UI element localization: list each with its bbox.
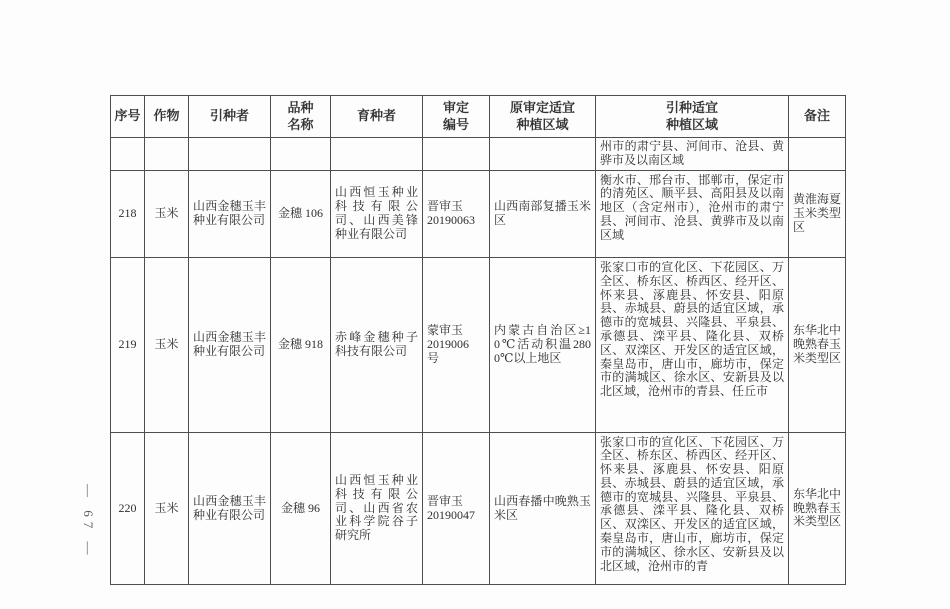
cell-crop: 玉米 — [145, 171, 189, 258]
header-seq: 序号 — [111, 96, 145, 138]
cell-seq — [111, 138, 145, 171]
cell-introduction-area: 张家口市的宣化区、下花园区、万全区、桥东区、桥西区、经开区、怀来县、涿鹿县、怀安… — [596, 258, 789, 433]
header-variety-name: 品种 名称 — [271, 96, 331, 138]
cell-seq: 218 — [111, 171, 145, 258]
cell-seq: 220 — [111, 433, 145, 585]
cell-breeder: 赤峰金穗种子科技有限公司 — [331, 258, 423, 433]
table-row-219: 219 玉米 山西金穗玉丰种业有限公司 金穗 918 赤峰金穗种子科技有限公司 … — [111, 258, 846, 433]
header-remark: 备注 — [789, 96, 846, 138]
introduction-area-text: 衡水市、邢台市、邯郸市，保定市的清苑区、顺平县、高阳县及以南地区（含定州市），沧… — [600, 174, 784, 255]
cell-introduction-area: 张家口市的宣化区、下花园区、万全区、桥东区、桥西区、经开区、怀来县、涿鹿县、怀安… — [596, 433, 789, 585]
table-row-220: 220 玉米 山西金穗玉丰种业有限公司 金穗 96 山西恒玉种业科技有限公司、山… — [111, 433, 846, 585]
cell-approval-no: 蒙审玉 2019006 号 — [423, 258, 490, 433]
table-row-continuation: 州市的肃宁县、河间市、沧县、黄骅市及以南区域 — [111, 138, 846, 171]
cell-remark: 黄淮海夏玉米类型区 — [789, 171, 846, 258]
cell-introduction-area: 州市的肃宁县、河间市、沧县、黄骅市及以南区域 — [596, 138, 789, 171]
header-introduction-area: 引种适宜 种植区域 — [596, 96, 789, 138]
cell-introducer: 山西金穗玉丰种业有限公司 — [189, 258, 271, 433]
page-number: — 67 — — [80, 484, 96, 568]
cell-crop — [145, 138, 189, 171]
cell-remark — [789, 138, 846, 171]
table-header-row: 序号 作物 引种者 品种 名称 育种者 审定 编号 原审定适宜 种植区域 引种适… — [111, 96, 846, 138]
document-page: — 67 — 序号 作物 引种者 品种 名称 育种者 审定 编号 原审定适宜 种… — [0, 0, 950, 609]
cell-original-area — [490, 138, 596, 171]
cell-introducer: 山西金穗玉丰种业有限公司 — [189, 171, 271, 258]
cell-breeder: 山西恒玉种业科技有限公司、山西美锋种业有限公司 — [331, 171, 423, 258]
header-introducer: 引种者 — [189, 96, 271, 138]
cell-original-area: 内蒙古自治区≥10℃活动积温2800℃以上地区 — [490, 258, 596, 433]
cell-original-area: 山西春播中晚熟玉米区 — [490, 433, 596, 585]
introduction-area-text: 张家口市的宣化区、下花园区、万全区、桥东区、桥西区、经开区、怀来县、涿鹿县、怀安… — [600, 261, 784, 429]
cell-approval-no — [423, 138, 490, 171]
cell-approval-no: 晋审玉 20190047 — [423, 433, 490, 585]
introduction-area-text: 州市的肃宁县、河间市、沧县、黄骅市及以南区域 — [600, 140, 784, 168]
cell-crop: 玉米 — [145, 258, 189, 433]
variety-approval-table: 序号 作物 引种者 品种 名称 育种者 审定 编号 原审定适宜 种植区域 引种适… — [110, 95, 846, 585]
cell-remark: 东华北中晚熟春玉米类型区 — [789, 433, 846, 585]
cell-introduction-area: 衡水市、邢台市、邯郸市，保定市的清苑区、顺平县、高阳县及以南地区（含定州市），沧… — [596, 171, 789, 258]
cell-variety: 金穗 918 — [271, 258, 331, 433]
cell-seq: 219 — [111, 258, 145, 433]
cell-breeder — [331, 138, 423, 171]
cell-breeder: 山西恒玉种业科技有限公司、山西省农业科学院谷子研究所 — [331, 433, 423, 585]
header-approval-no: 审定 编号 — [423, 96, 490, 138]
cell-remark: 东华北中晚熟春玉米类型区 — [789, 258, 846, 433]
cell-variety — [271, 138, 331, 171]
cell-introducer: 山西金穗玉丰种业有限公司 — [189, 433, 271, 585]
introduction-area-text: 张家口市的宣化区、下花园区、万全区、桥东区、桥西区、经开区、怀来县、涿鹿县、怀安… — [600, 436, 784, 582]
header-breeder: 育种者 — [331, 96, 423, 138]
cell-approval-no: 晋审玉 20190063 — [423, 171, 490, 258]
cell-crop: 玉米 — [145, 433, 189, 585]
cell-variety: 金穗 96 — [271, 433, 331, 585]
cell-introducer — [189, 138, 271, 171]
cell-variety: 金穗 106 — [271, 171, 331, 258]
header-crop: 作物 — [145, 96, 189, 138]
cell-original-area: 山西南部复播玉米区 — [490, 171, 596, 258]
header-original-area: 原审定适宜 种植区域 — [490, 96, 596, 138]
table-row-218: 218 玉米 山西金穗玉丰种业有限公司 金穗 106 山西恒玉种业科技有限公司、… — [111, 171, 846, 258]
